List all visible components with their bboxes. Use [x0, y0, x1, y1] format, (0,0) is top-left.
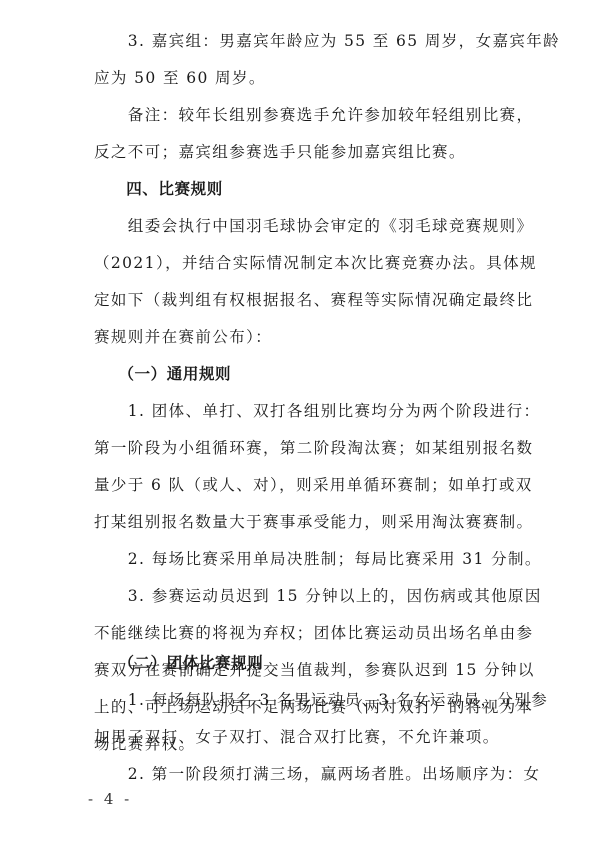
paragraph-line: 2. 第一阶段须打满三场，赢两场者胜。出场顺序为：女: [94, 761, 514, 787]
section-heading: （二）团体比赛规则: [94, 650, 514, 676]
paragraph-line: 备注：较年长组别参赛选手允许参加较年轻组别比赛，: [94, 102, 514, 128]
paragraph-line: 赛规则并在赛前公布）：: [94, 324, 514, 350]
paragraph-line: 1. 团体、单打、双打各组别比赛均分为两个阶段进行：: [94, 398, 514, 424]
paragraph-line: 3. 参赛运动员迟到 15 分钟以上的，因伤病或其他原因: [94, 583, 514, 609]
paragraph-line: 打某组别报名数量大于赛事承受能力，则采用淘汰赛赛制。: [94, 509, 514, 535]
paragraph-line: 3. 嘉宾组：男嘉宾年龄应为 55 至 65 周岁，女嘉宾年龄: [94, 28, 514, 54]
paragraph-line: 第一阶段为小组循环赛，第二阶段淘汰赛；如某组别报名数: [94, 435, 514, 461]
document-page: 3. 嘉宾组：男嘉宾年龄应为 55 至 65 周岁，女嘉宾年龄应为 50 至 6…: [0, 0, 600, 849]
paragraph-line: 应为 50 至 60 周岁。: [94, 65, 514, 91]
paragraph-line: 定如下（裁判组有权根据报名、赛程等实际情况确定最终比: [94, 287, 514, 313]
section-heading: （一）通用规则: [94, 361, 514, 387]
paragraph-line: 不能继续比赛的将视为弃权；团体比赛运动员出场名单由参: [94, 620, 514, 646]
paragraph-line: （2021），并结合实际情况制定本次比赛竞赛办法。具体规: [94, 250, 514, 276]
paragraph-line: 组委会执行中国羽毛球协会审定的《羽毛球竞赛规则》: [94, 213, 514, 239]
paragraph-line: 1. 每场每队报名 3 名男运动员、3 名女运动员，分别参: [94, 687, 514, 713]
page-number: - 4 -: [88, 790, 132, 808]
paragraph-line: 加男子双打、女子双打、混合双打比赛，不允许兼项。: [94, 724, 514, 750]
paragraph-line: 反之不可；嘉宾组参赛选手只能参加嘉宾组比赛。: [94, 139, 514, 165]
paragraph-line: 量少于 6 队（或人、对），则采用单循环赛制；如单打或双: [94, 472, 514, 498]
section-heading: 四、比赛规则: [94, 176, 514, 202]
paragraph-line: 2. 每场比赛采用单局决胜制；每局比赛采用 31 分制。: [94, 546, 514, 572]
